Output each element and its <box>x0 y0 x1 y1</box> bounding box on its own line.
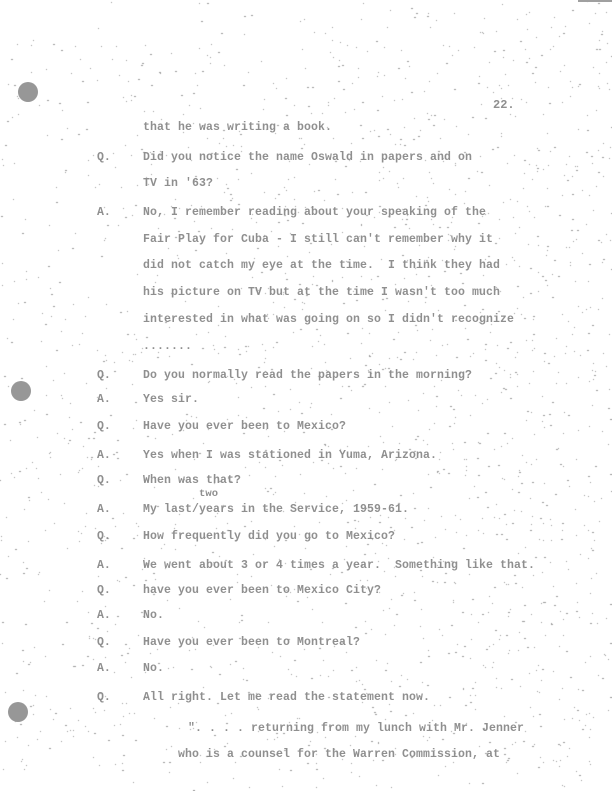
scan-edge-mark <box>578 0 612 2</box>
punch-hole <box>18 82 38 102</box>
speaker-label: Q. <box>97 420 111 433</box>
transcript-line: How frequently did you go to Mexico? <box>143 530 395 543</box>
speaker-label: A. <box>97 393 111 406</box>
transcript-line: Have you ever been to Mexico? <box>143 420 346 433</box>
transcript-line: ". . . . returning from my lunch with Mr… <box>188 722 524 735</box>
transcript-line: Have you ever been to Montreal? <box>143 636 360 649</box>
speaker-label: Q. <box>97 151 111 164</box>
speaker-label: Q. <box>97 530 111 543</box>
document-page: 22. that he was writing a book.Q.Did you… <box>0 0 612 791</box>
page-number: 22. <box>493 98 515 112</box>
transcript-line: No. <box>143 662 164 675</box>
punch-hole <box>11 381 31 401</box>
transcript-line: Did you notice the name Oswald in papers… <box>143 151 472 164</box>
speaker-label: Q. <box>97 474 111 487</box>
speaker-label: Q. <box>97 369 111 382</box>
speaker-label: A. <box>97 206 111 219</box>
speaker-label: A. <box>97 559 111 572</box>
transcript-line: Fair Play for Cuba - I still can't remem… <box>143 233 493 246</box>
punch-hole <box>8 702 28 722</box>
transcript-line: interested in what was going on so I did… <box>143 313 514 326</box>
speaker-label: A. <box>97 662 111 675</box>
transcript-line: All right. Let me read the statement now… <box>143 691 430 704</box>
transcript-line: We went about 3 or 4 times a year. Somet… <box>143 559 535 572</box>
speaker-label: Q. <box>97 691 111 704</box>
transcript-line: No, I remember reading about your speaki… <box>143 206 486 219</box>
transcript-line: TV in '63? <box>143 177 213 190</box>
transcript-line: his picture on TV but at the time I wasn… <box>143 286 500 299</box>
handwritten-insertion: two <box>199 488 218 500</box>
speaker-label: A. <box>97 503 111 516</box>
transcript-line: When was that? <box>143 474 241 487</box>
transcript-line: Do you normally read the papers in the m… <box>143 369 472 382</box>
transcript-line: that he was writing a book. <box>143 121 332 134</box>
transcript-line: have you ever been to Mexico City? <box>143 584 381 597</box>
transcript-line: My last/years in the Service, 1959-61. <box>143 503 409 516</box>
transcript-line: Yes sir. <box>143 393 199 406</box>
transcript-line: ....... <box>143 340 192 353</box>
speaker-label: A. <box>97 609 111 622</box>
speaker-label: A. <box>97 449 111 462</box>
transcript-line: who is a counsel for the Warren Commissi… <box>178 748 500 761</box>
transcript-line: No. <box>143 609 164 622</box>
speaker-label: Q. <box>97 636 111 649</box>
transcript-line: Yes when I was stationed in Yuma, Arizon… <box>143 449 437 462</box>
scan-noise <box>0 0 612 791</box>
speaker-label: Q. <box>97 584 111 597</box>
transcript-line: did not catch my eye at the time. I thin… <box>143 259 500 272</box>
